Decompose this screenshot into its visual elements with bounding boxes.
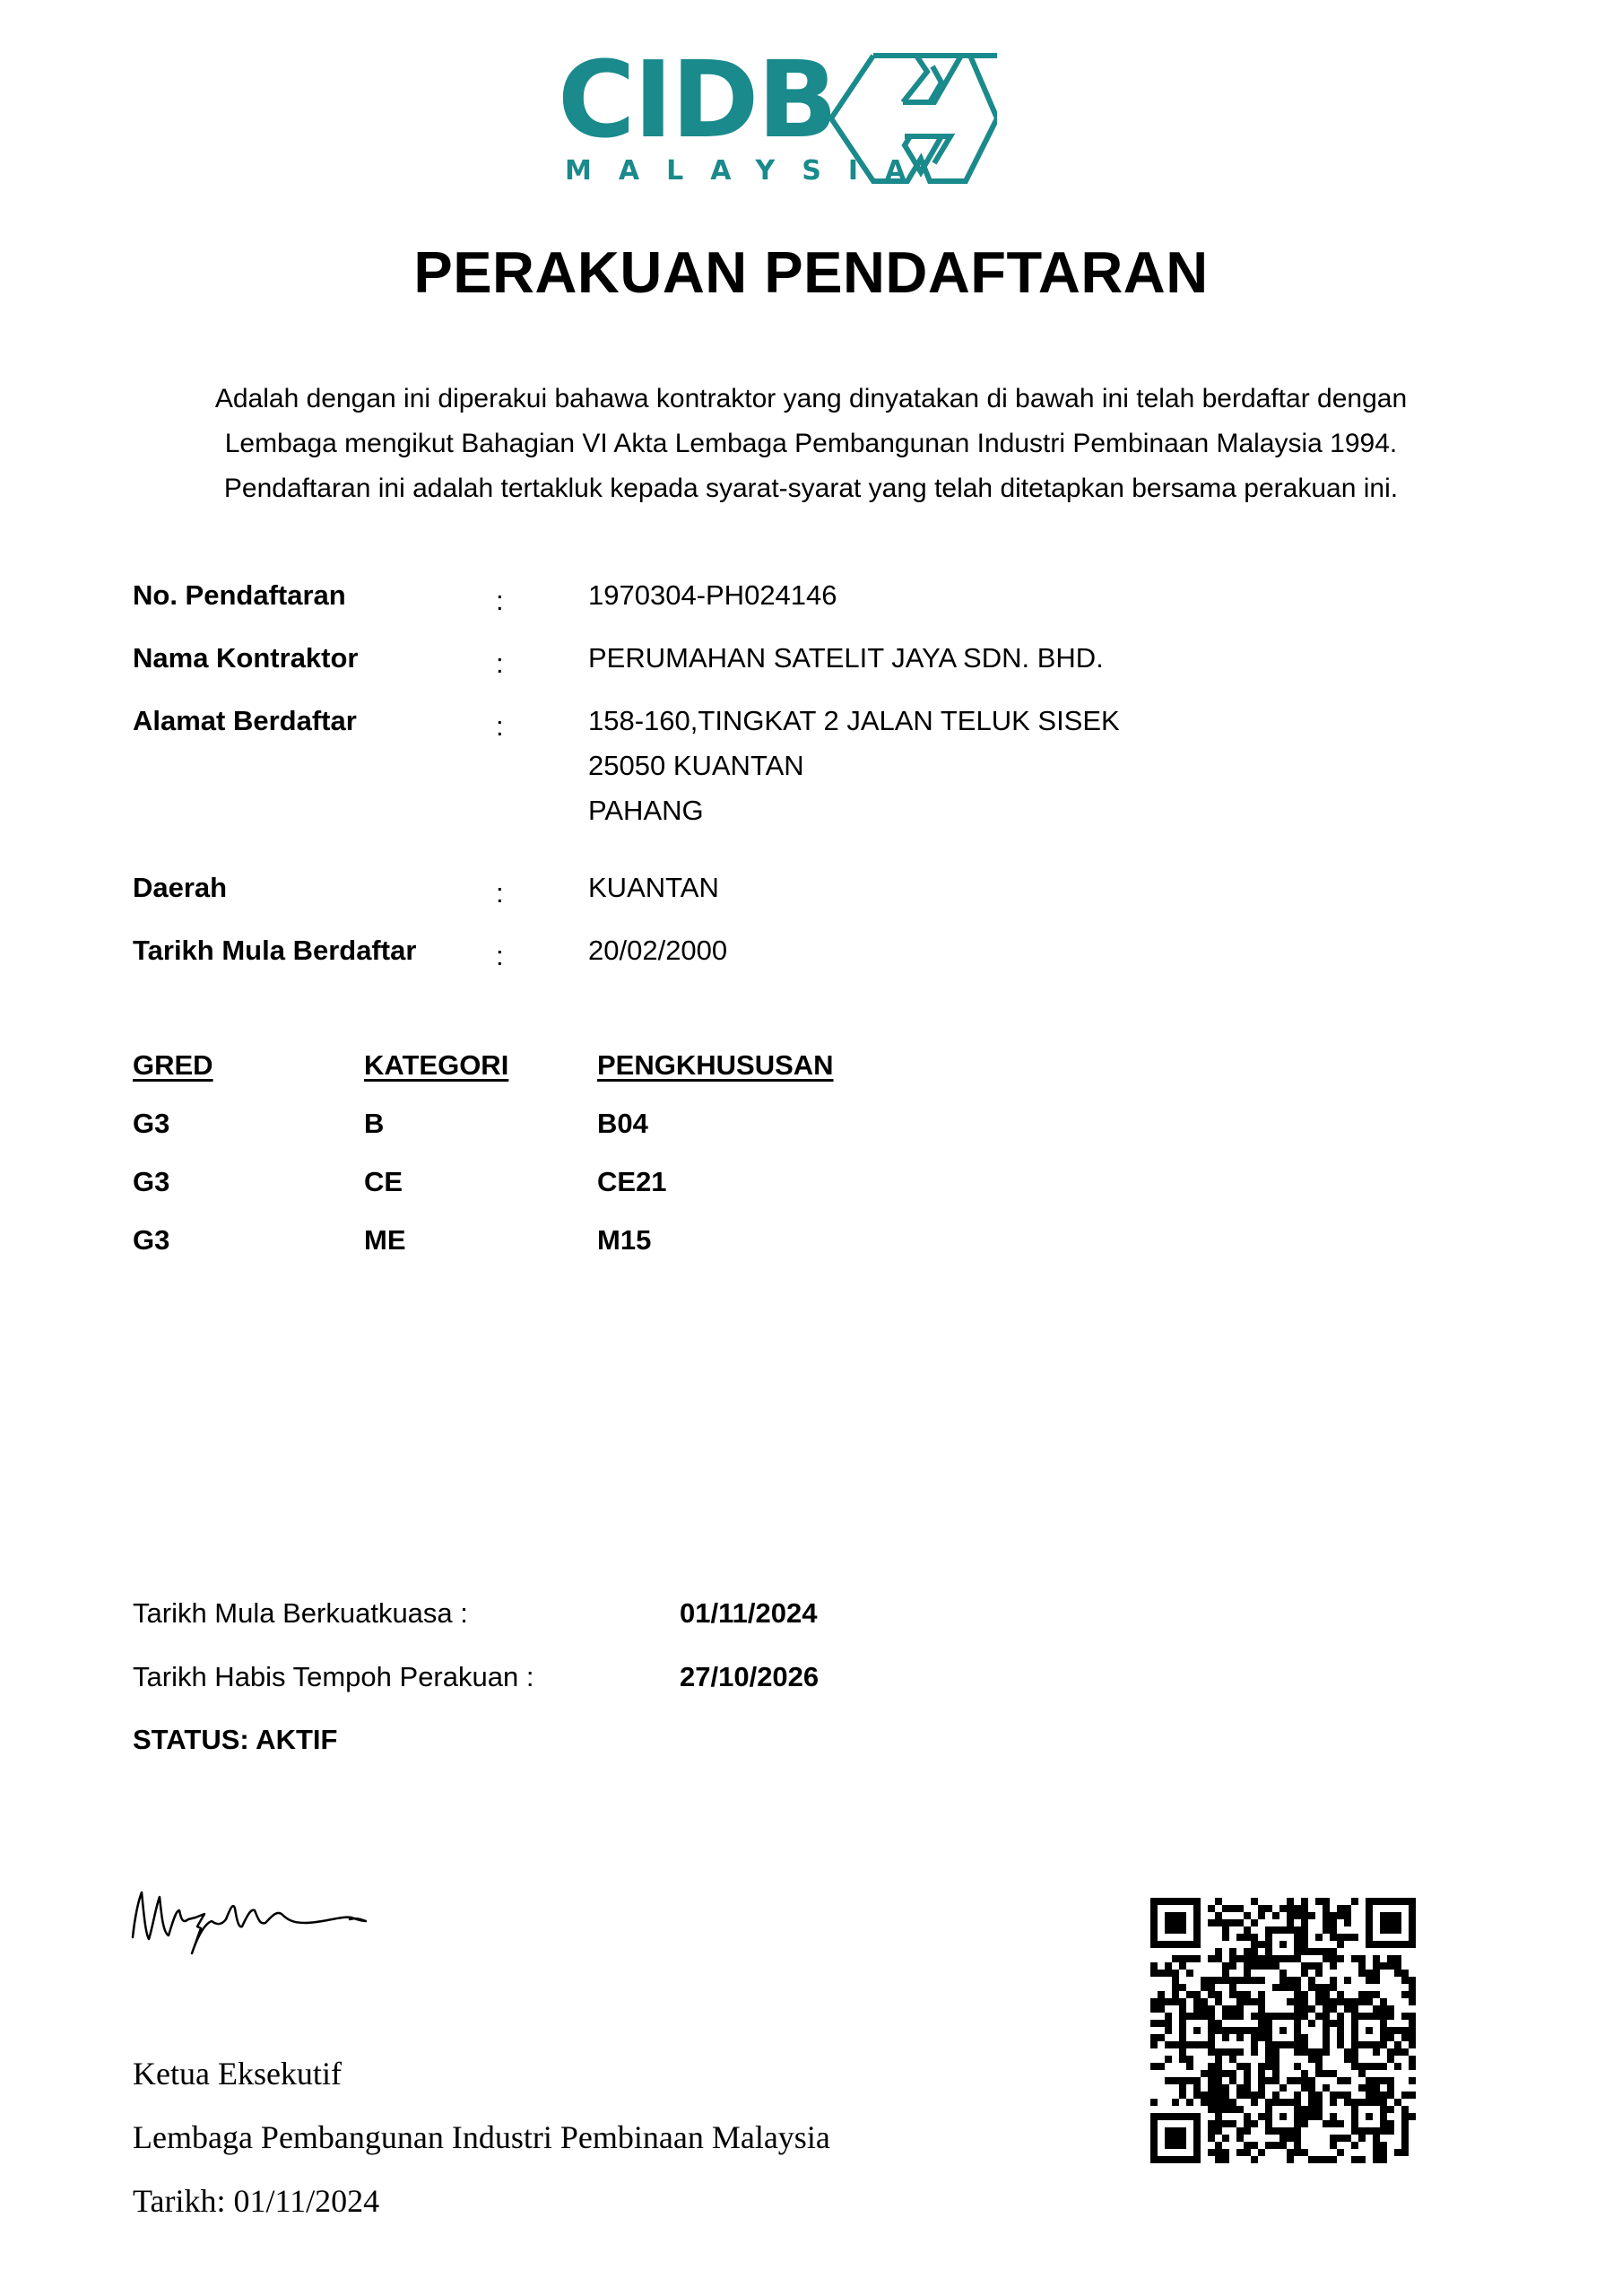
effective-date-label: Tarikh Mula Berkuatkuasa : [133,1596,468,1631]
logo-wordmark: CIDB [558,47,836,152]
cell-pengkhususan: M15 [597,1222,651,1258]
separator: : [496,875,504,911]
intro-line: Pendaftaran ini adalah tertakluk kepada … [90,466,1532,511]
address-label: Alamat Berdaftar [133,703,357,739]
signature-icon [126,1883,466,1964]
cidb-hexagon-mark-icon [827,47,997,190]
status-badge: STATUS: AKTIF [133,1722,337,1758]
intro-paragraph: Adalah dengan ini diperakui bahawa kontr… [90,377,1532,511]
separator: : [496,583,504,619]
column-header-kategori: KATEGORI [364,1048,508,1083]
cell-pengkhususan: CE21 [597,1164,667,1200]
intro-line: Adalah dengan ini diperakui bahawa kontr… [90,377,1532,422]
registration-no-value: 1970304-PH024146 [588,578,837,613]
expiry-date-value: 27/10/2026 [680,1659,819,1695]
signatory-organization: Lembaga Pembangunan Industri Pembinaan M… [133,2118,830,2157]
cell-kategori: ME [364,1222,406,1258]
address-line-2: 25050 KUANTAN [588,748,804,784]
signatory-date: Tarikh: 01/11/2024 [133,2181,379,2221]
certificate-title: PERAKUAN PENDAFTARAN [0,240,1622,305]
signatory-title: Ketua Eksekutif [133,2054,342,2093]
address-line-1: 158-160,TINGKAT 2 JALAN TELUK SISEK [588,703,1120,739]
expiry-date-label: Tarikh Habis Tempoh Perakuan : [133,1659,533,1695]
cell-gred: G3 [133,1106,169,1142]
column-header-gred: GRED [133,1048,213,1083]
district-value: KUANTAN [588,870,719,906]
separator: : [496,646,504,682]
cell-pengkhususan: B04 [597,1106,648,1142]
registration-start-label: Tarikh Mula Berdaftar [133,933,416,969]
address-line-3: PAHANG [588,793,704,829]
cell-kategori: B [364,1106,384,1142]
contractor-name-value: PERUMAHAN SATELIT JAYA SDN. BHD. [588,640,1104,676]
cell-kategori: CE [364,1164,403,1200]
cell-gred: G3 [133,1222,169,1258]
cidb-logo: CIDB MALAYSIA [558,47,1060,199]
registration-no-label: No. Pendaftaran [133,578,346,613]
effective-date-value: 01/11/2024 [680,1596,817,1631]
district-label: Daerah [133,870,227,906]
column-header-pengkhususan: PENGKHUSUSAN [597,1048,834,1083]
registration-start-value: 20/02/2000 [588,933,727,969]
contractor-name-label: Nama Kontraktor [133,640,359,676]
separator: : [496,938,504,974]
intro-line: Lembaga mengikut Bahagian VI Akta Lembag… [90,422,1532,466]
separator: : [496,709,504,744]
cell-gred: G3 [133,1164,169,1200]
qr-code[interactable] [1150,1898,1416,2163]
